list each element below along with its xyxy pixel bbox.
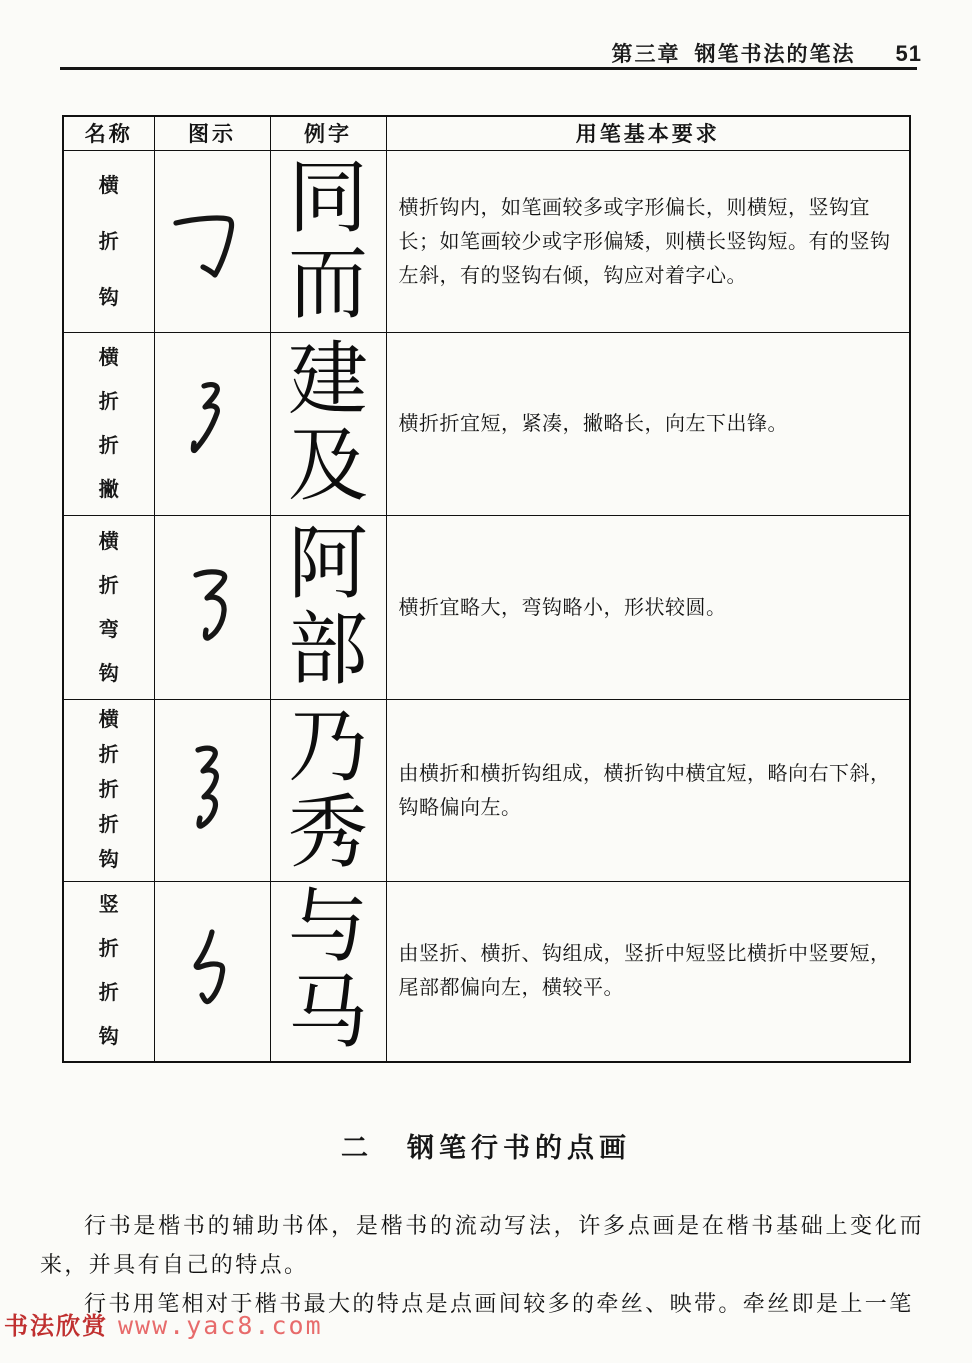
table-row: 横折折撇 建及 横折折宜短，紧凑，撇略长，向左下出锋。 <box>63 333 910 516</box>
book-title: 钢笔书法的笔法 <box>695 38 856 68</box>
heng-zhe-zhe-pie-stroke-icon <box>162 360 262 484</box>
requirement-text: 横折宜略大，弯钩略小，形状较圆。 <box>386 516 910 700</box>
page-number: 51 <box>896 41 922 67</box>
example-char: 而 <box>288 241 368 329</box>
example-char: 秀 <box>288 790 368 878</box>
example-characters: 建及 <box>285 338 371 510</box>
requirement-text: 横折折宜短，紧凑，撇略长，向左下出锋。 <box>386 333 910 516</box>
shu-zhe-zhe-gou-stroke-icon <box>162 907 262 1031</box>
example-char: 与 <box>288 884 368 972</box>
section-title: 钢笔行书的点画 <box>407 1133 631 1163</box>
stroke-name: 竖折折钩 <box>97 883 121 1059</box>
example-characters: 与马 <box>285 885 371 1057</box>
table-row: 横折弯钩 阿部 横折宜略大，弯钩略小，形状较圆。 <box>63 516 910 700</box>
stroke-name: 横折弯钩 <box>97 520 121 696</box>
stroke-table: 名称 图示 例字 用笔基本要求 横折钩 同而 横折钩内，如笔画较多或字形偏长，则… <box>62 115 911 1063</box>
watermark-site-url: www.yac8.com <box>118 1311 323 1340</box>
table-row: 横折折折钩 乃秀 由横折和横折钩组成，横折钩中横宜短，略向右下斜，钩略偏向左。 <box>63 700 910 882</box>
example-characters: 阿部 <box>285 522 371 694</box>
example-char: 乃 <box>288 704 368 792</box>
example-char: 马 <box>288 970 368 1058</box>
col-header-requirement: 用笔基本要求 <box>386 116 910 151</box>
table-row: 横折钩 同而 横折钩内，如笔画较多或字形偏长，则横短，竖钩宜长；如笔画较少或字形… <box>63 151 910 333</box>
example-char: 部 <box>288 607 368 695</box>
heng-zhe-wan-gou-stroke-icon <box>162 543 262 667</box>
col-header-example: 例字 <box>270 116 386 151</box>
heng-zhe-zhe-zhe-gou-stroke-icon <box>162 726 262 850</box>
chapter-label: 第三章 <box>612 38 681 68</box>
page-header: 第三章 钢笔书法的笔法 51 <box>612 38 922 68</box>
example-char: 建 <box>288 337 368 425</box>
example-characters: 同而 <box>285 156 371 328</box>
paragraph: 行书是楷书的辅助书体，是楷书的流动写法，许多点画是在楷书基础上变化而来，并具有自… <box>40 1206 924 1284</box>
scanned-book-page: { "page_header": { "chapter": "第三章", "bo… <box>0 0 972 1363</box>
requirement-text: 横折钩内，如笔画较多或字形偏长，则横短，竖钩宜长；如笔画较少或字形偏矮，则横长竖… <box>386 151 910 333</box>
col-header-name: 名称 <box>63 116 154 151</box>
requirement-text: 由横折和横折钩组成，横折钩中横宜短，略向右下斜，钩略偏向左。 <box>386 700 910 882</box>
example-char: 阿 <box>288 521 368 609</box>
col-header-illustration: 图示 <box>154 116 270 151</box>
stroke-name: 横折钩 <box>97 158 121 326</box>
heng-zhe-gou-stroke-icon <box>162 177 262 301</box>
table-header-row: 名称 图示 例字 用笔基本要求 <box>63 116 910 151</box>
stroke-name: 横折折撇 <box>97 336 121 512</box>
header-divider <box>60 67 917 70</box>
section-heading: 二钢笔行书的点画 <box>0 1126 972 1165</box>
section-number: 二 <box>341 1133 373 1163</box>
watermark: 书法欣赏 www.yac8.com <box>4 1306 323 1341</box>
example-characters: 乃秀 <box>285 705 371 877</box>
example-char: 及 <box>288 423 368 511</box>
example-char: 同 <box>288 155 368 243</box>
stroke-name: 横折折折钩 <box>97 703 121 878</box>
table-row: 竖折折钩 与马 由竖折、横折、钩组成，竖折中短竖比横折中竖要短，尾部都偏向左，横… <box>63 882 910 1062</box>
watermark-site-name: 书法欣赏 <box>4 1306 108 1341</box>
requirement-text: 由竖折、横折、钩组成，竖折中短竖比横折中竖要短，尾部都偏向左，横较平。 <box>386 882 910 1062</box>
